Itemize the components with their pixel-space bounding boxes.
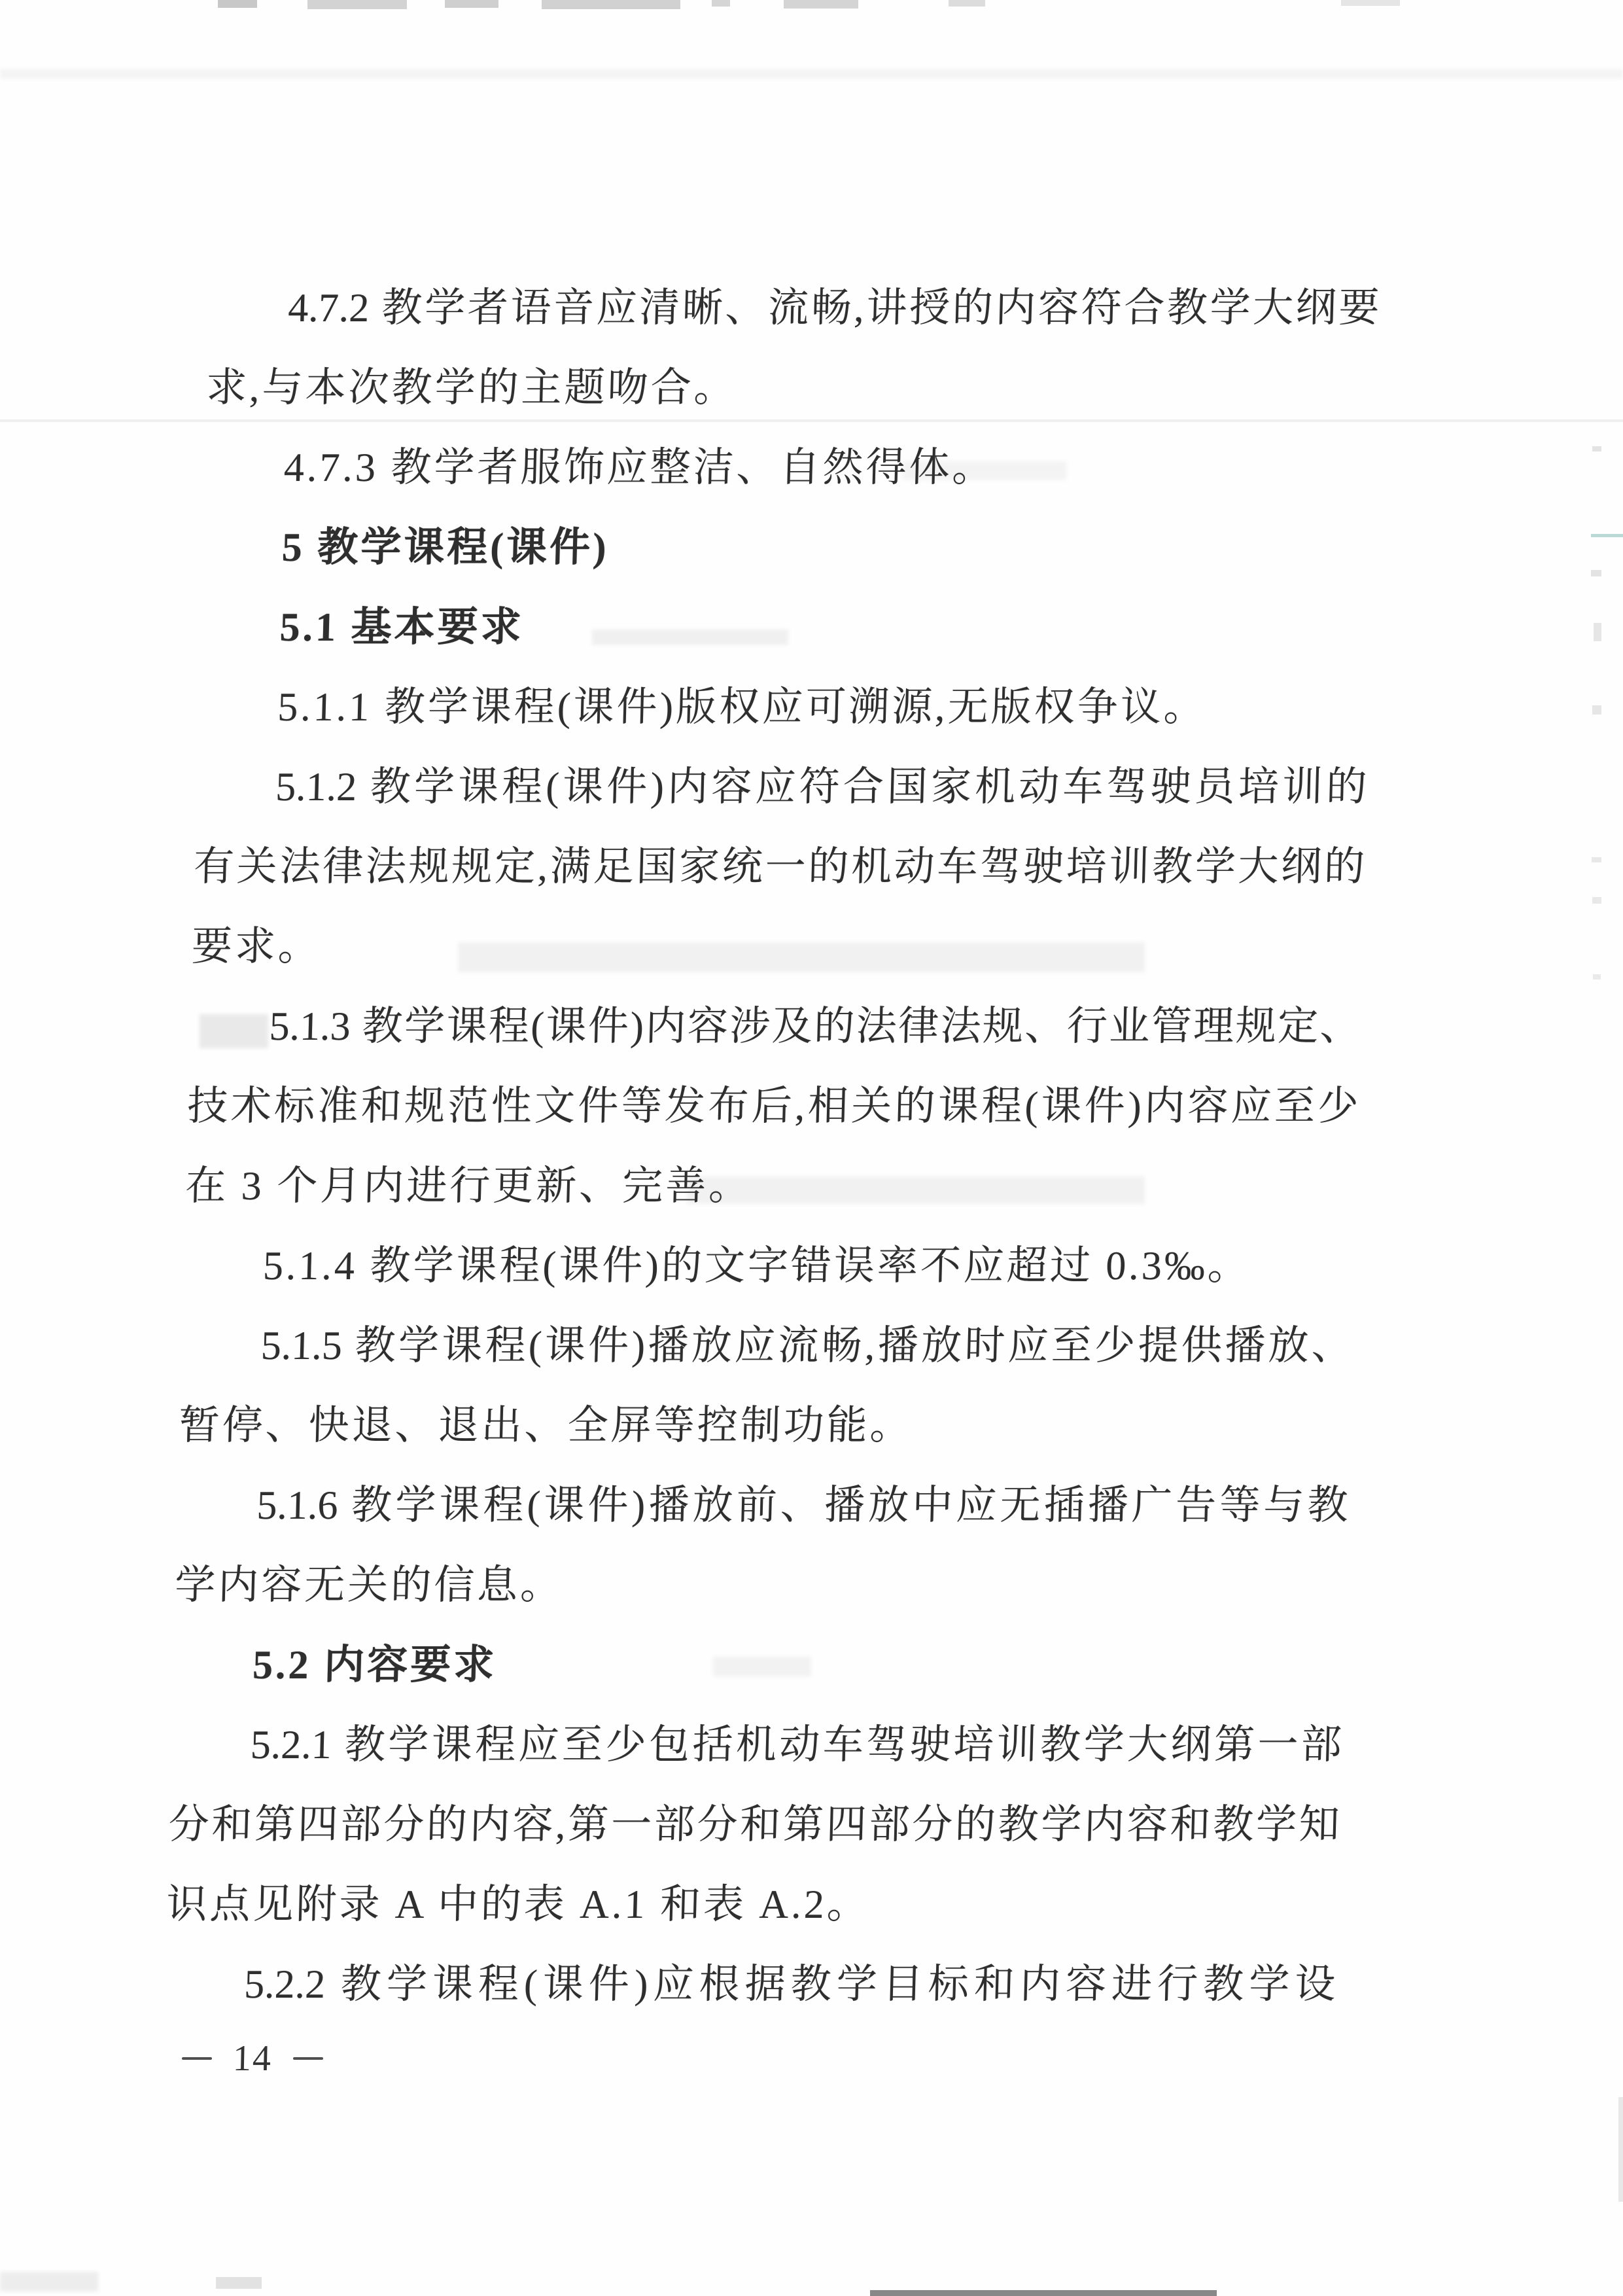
document-page: 4.7.2 教学者语音应清晰、流畅,讲授的内容符合教学大纲要求,与本次教学的主题…: [0, 0, 1623, 2296]
footer-dash-right: [293, 2057, 323, 2060]
scan-artifact-edge-dot: [1591, 570, 1601, 576]
text-line: 分和第四部分的内容,第一部分和第四部分的教学内容和教学知: [167, 1785, 1340, 1865]
scan-artifact-band: [0, 69, 1623, 79]
footer-dash-left: [182, 2057, 212, 2060]
text-line: 5.1.6 教学课程(课件)播放前、播放中应无插播广告等与教: [176, 1466, 1349, 1545]
text-line: 5.2.1 教学课程应至少包括机动车驾驶培训教学大纲第一部: [169, 1705, 1342, 1785]
scan-artifact-top-edge: [445, 0, 498, 8]
text-line: 有关法律法规规定,满足国家统一的机动车驾驶培训教学大纲的: [192, 827, 1365, 907]
scan-artifact-top-edge: [784, 0, 858, 9]
text-line: 5.1 基本要求: [199, 588, 1372, 667]
scan-artifact-edge-strip: [1618, 2097, 1623, 2202]
scan-artifact-bottom-smudge: [216, 2277, 262, 2289]
text-line: 5.1.3 教学课程(课件)内容涉及的法律法规、行业管理规定、: [188, 987, 1361, 1067]
scan-artifact-edge-dot: [1592, 857, 1601, 862]
text-line: 在 3 个月内进行更新、完善。: [184, 1146, 1357, 1226]
text-line: 5.1.2 教学课程(课件)内容应符合国家机动车驾驶员培训的: [195, 747, 1368, 827]
scan-artifact-top-edge: [1341, 0, 1400, 6]
scan-artifact-bottom-smudge: [870, 2290, 1217, 2296]
scan-artifact-edge-dot: [1593, 974, 1601, 980]
text-line: 暂停、快退、退出、全屏等控制功能。: [178, 1386, 1351, 1466]
text-line: 4.7.2 教学者语音应清晰、流畅,讲授的内容符合教学大纲要: [207, 268, 1380, 348]
text-line: 学内容无关的信息。: [174, 1545, 1347, 1625]
text-line: 5.1.1 教学课程(课件)版权应可溯源,无版权争议。: [197, 667, 1370, 747]
text-line: 技术标准和规范性文件等发布后,相关的课程(课件)内容应至少: [186, 1067, 1359, 1146]
scan-artifact-edge-dot: [1592, 897, 1601, 904]
text-line: 5.1.5 教学课程(课件)播放应流畅,播放时应至少提供播放、: [180, 1306, 1353, 1386]
text-line: 4.7.3 教学者服饰应整洁、自然得体。: [203, 428, 1376, 508]
text-line: 5.1.4 教学课程(课件)的文字错误率不应超过 0.3‰。: [182, 1226, 1355, 1306]
scan-artifact-bottom-smudge: [0, 2272, 98, 2291]
scan-artifact-top-edge: [307, 0, 407, 9]
page-footer: 14: [181, 2040, 323, 2077]
text-line: 5.2 内容要求: [171, 1625, 1344, 1705]
scan-artifact-edge-dot: [1592, 705, 1601, 715]
scan-artifact-top-edge: [949, 0, 985, 7]
scan-artifact-top-edge: [712, 0, 730, 7]
page-number: 14: [232, 2040, 272, 2077]
scan-artifact-top-edge: [218, 0, 257, 8]
scan-artifact-edge-dot: [1594, 623, 1601, 641]
text-line: 求,与本次教学的主题吻合。: [205, 348, 1378, 428]
scan-artifact-teal-line: [1591, 534, 1623, 537]
text-line: 要求。: [190, 907, 1363, 987]
text-line: 5 教学课程(课件): [201, 508, 1374, 588]
scan-artifact-top-edge: [542, 0, 680, 9]
text-line: 识点见附录 A 中的表 A.1 和表 A.2。: [166, 1865, 1338, 1945]
scan-artifact-edge-dot: [1592, 446, 1601, 451]
text-line: 5.2.2 教学课程(课件)应根据教学目标和内容进行教学设: [164, 1945, 1336, 2024]
body-text: 4.7.2 教学者语音应清晰、流畅,讲授的内容符合教学大纲要求,与本次教学的主题…: [164, 268, 1380, 2024]
